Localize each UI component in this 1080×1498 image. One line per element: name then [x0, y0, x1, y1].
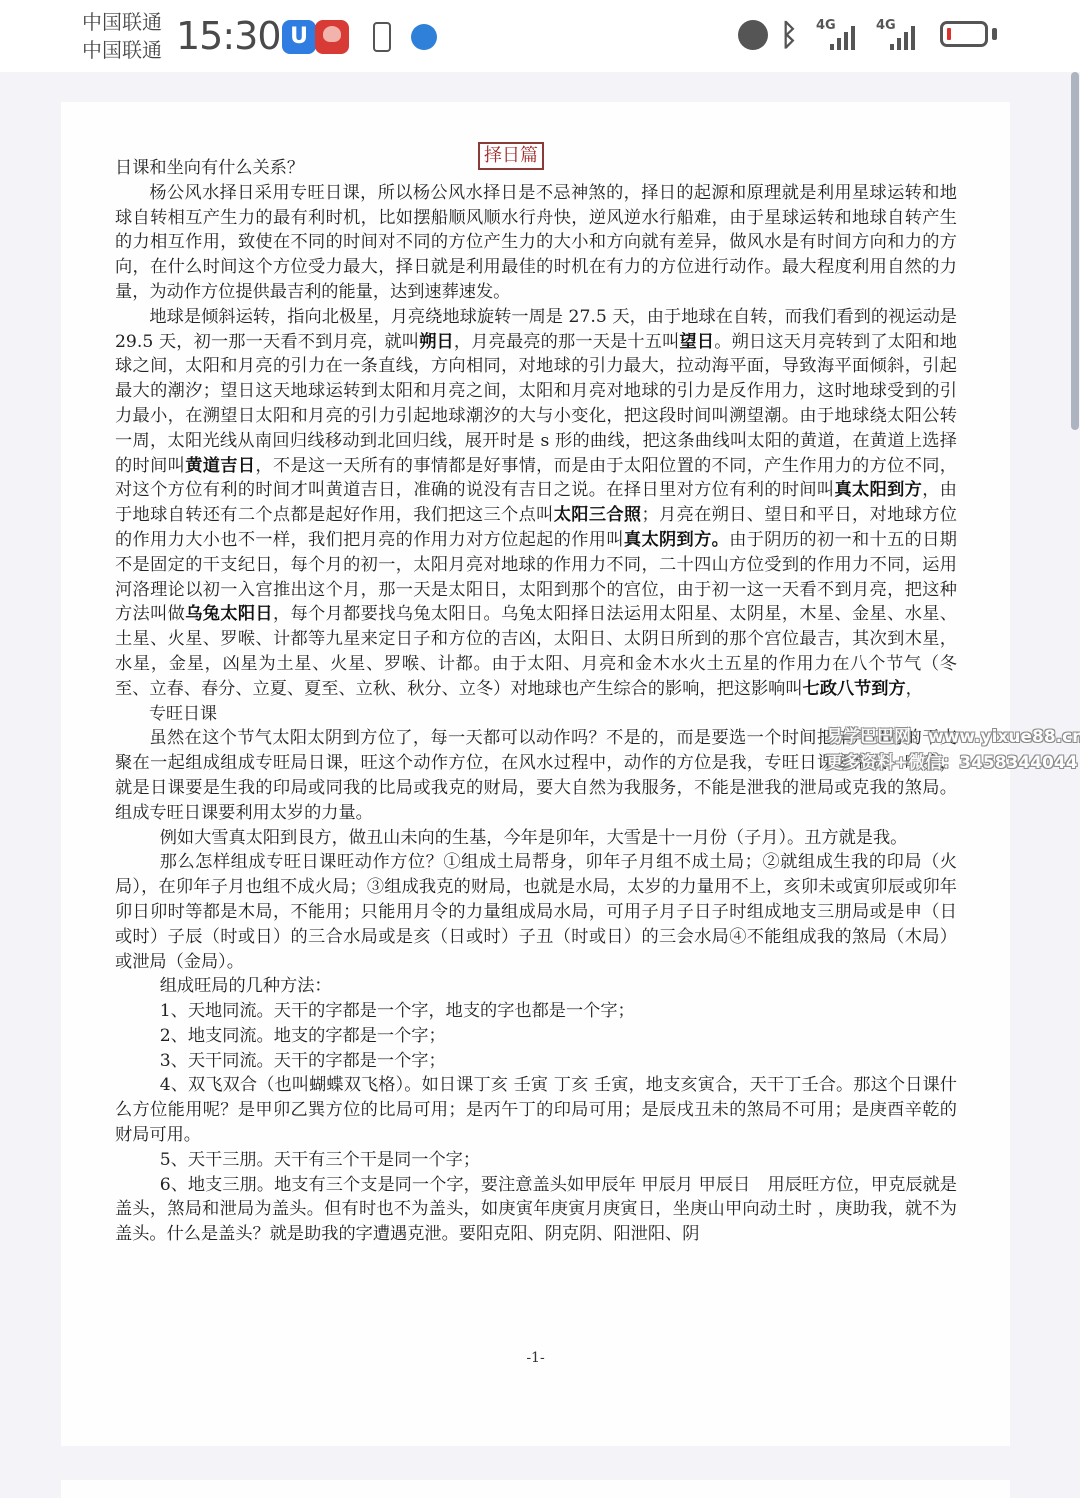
list-item: 5、天干三朋。天干有三个干是同一个字；	[115, 1148, 957, 1173]
browser-globe-icon	[411, 24, 437, 50]
carrier-2: 中国联通	[82, 36, 162, 64]
carrier-labels: 中国联通 中国联通	[82, 8, 162, 64]
clock: 15:30	[176, 14, 281, 58]
signal-4g-icon-2: 4G	[876, 18, 930, 52]
alarm-icon	[738, 20, 768, 50]
list-item: 2、地支同流。地支的字都是一个字；	[115, 1024, 957, 1049]
watermark: 易学巴巴网：www.yixue88.cn 更多资料+微信：3458344044	[826, 724, 1080, 776]
section-heading: 专旺日课	[115, 702, 957, 727]
status-bar: 中国联通 中国联通 15:30 U ᛒ 4G 4G	[0, 0, 1080, 72]
bluetooth-icon: ᛒ	[780, 18, 798, 53]
phone-icon	[373, 22, 391, 52]
paragraph: 那么怎样组成专旺日课旺动作方位？①组成土局帮身，卯年子月组不成土局；②就组成生我…	[115, 850, 957, 974]
document-page-2	[61, 1480, 1010, 1498]
app-notification-icon: U	[282, 20, 316, 54]
paragraph: 杨公风水择日采用专旺日课，所以杨公风水择日是不忌神煞的，择日的起源和原理就是利用…	[115, 181, 957, 305]
battery-level	[947, 28, 951, 40]
list-item: 1、天地同流。天干的字都是一个字，地支的字也都是一个字；	[115, 999, 957, 1024]
list-item: 4、双飞双合（也叫蝴蝶双飞格）。如日课丁亥 壬寅 丁亥 壬寅，地支亥寅合，天干丁…	[115, 1073, 957, 1147]
document-viewer[interactable]: 择日篇 日课和坐向有什么关系？ 杨公风水择日采用专旺日课，所以杨公风水择日是不忌…	[0, 72, 1080, 1498]
page-content: 日课和坐向有什么关系？ 杨公风水择日采用专旺日课，所以杨公风水择日是不忌神煞的，…	[115, 156, 957, 1247]
battery-icon	[940, 21, 988, 47]
list-item: 3、天干同流。天干的字都是一个字；	[115, 1049, 957, 1074]
paragraph: 地球是倾斜运转，指向北极星，月亮绕地球旋转一周是 27.5 天，由于地球在自转，…	[115, 305, 957, 702]
page-number: -1-	[61, 1350, 1010, 1366]
app-notification-heart-icon	[315, 20, 349, 54]
question-heading: 日课和坐向有什么关系？	[115, 156, 957, 181]
watermark-line-1: 易学巴巴网：www.yixue88.cn	[826, 724, 1080, 750]
battery-tip	[992, 28, 997, 40]
paragraph: 例如大雪真太阳到艮方，做丑山未向的生基，今年是卯年，大雪是十一月份（子月）。丑方…	[115, 826, 957, 851]
paragraph: 组成旺局的几种方法：	[115, 974, 957, 999]
watermark-line-2: 更多资料+微信：3458344044	[826, 750, 1080, 776]
signal-4g-icon-1: 4G	[816, 18, 866, 52]
carrier-1: 中国联通	[82, 8, 162, 36]
list-item: 6、地支三朋。地支有三个支是同一个字，要注意盖头如甲辰年 甲辰月 甲辰日 用辰旺…	[115, 1173, 957, 1247]
scrollbar[interactable]	[1071, 72, 1079, 430]
